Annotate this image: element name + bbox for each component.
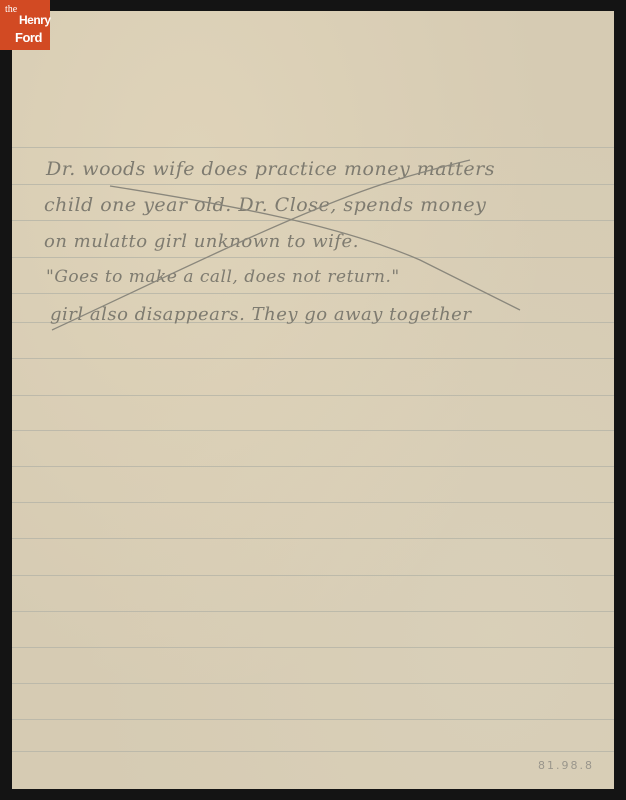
logo-henry: Henry — [19, 14, 51, 26]
cross-out-strokes — [0, 0, 626, 800]
the-henry-ford-logo: the Henry Ford — [0, 0, 50, 50]
catalog-number: 81.98.8 — [538, 759, 594, 772]
logo-the: the — [5, 5, 17, 15]
logo-ford: Ford — [15, 31, 42, 44]
